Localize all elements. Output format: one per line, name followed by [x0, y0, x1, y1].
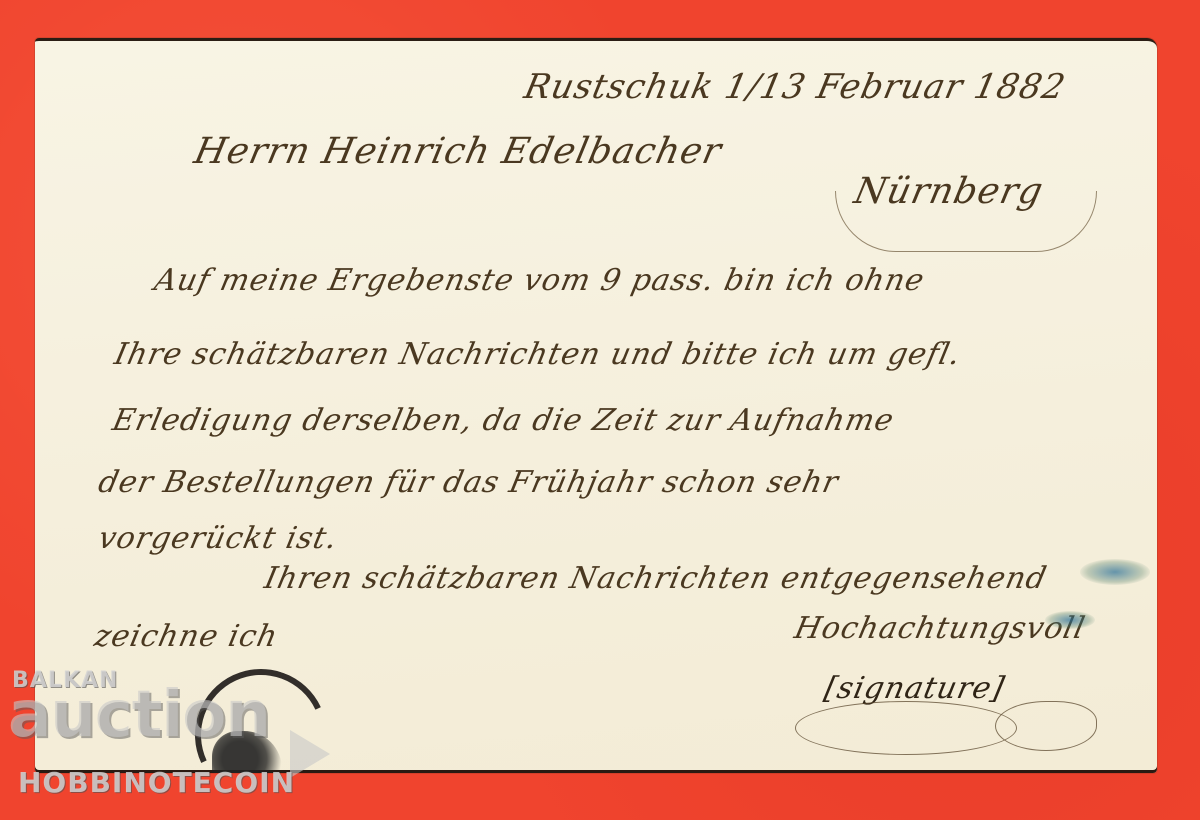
city-flourish [835, 191, 1097, 252]
body-line-5: vorgerückt ist. [95, 521, 341, 556]
addressee: Herrn Heinrich Edelbacher [191, 131, 726, 172]
body-line-1: Auf meine Ergebenste vom 9 pass. bin ich… [151, 263, 928, 298]
signature-flourish [795, 701, 1017, 755]
closing: Hochachtungsvoll [791, 611, 1088, 646]
body-line-4: der Bestellungen für das Frühjahr schon … [95, 465, 842, 500]
signature-flourish-2 [995, 701, 1097, 751]
ink-blot [1080, 559, 1150, 585]
date-heading: Rustschuk 1/13 Februar 1882 [521, 67, 1070, 107]
ink-blot [1045, 611, 1095, 629]
postcard: Rustschuk 1/13 Februar 1882 Herrn Heinri… [35, 38, 1157, 773]
body-line-7: zeichne ich [91, 619, 281, 654]
body-line-6: Ihren schätzbaren Nachrichten entgegense… [261, 561, 1050, 596]
body-line-3: Erledigung derselben, da die Zeit zur Au… [109, 403, 897, 438]
body-line-2: Ihre schätzbaren Nachrichten und bitte i… [111, 337, 964, 372]
